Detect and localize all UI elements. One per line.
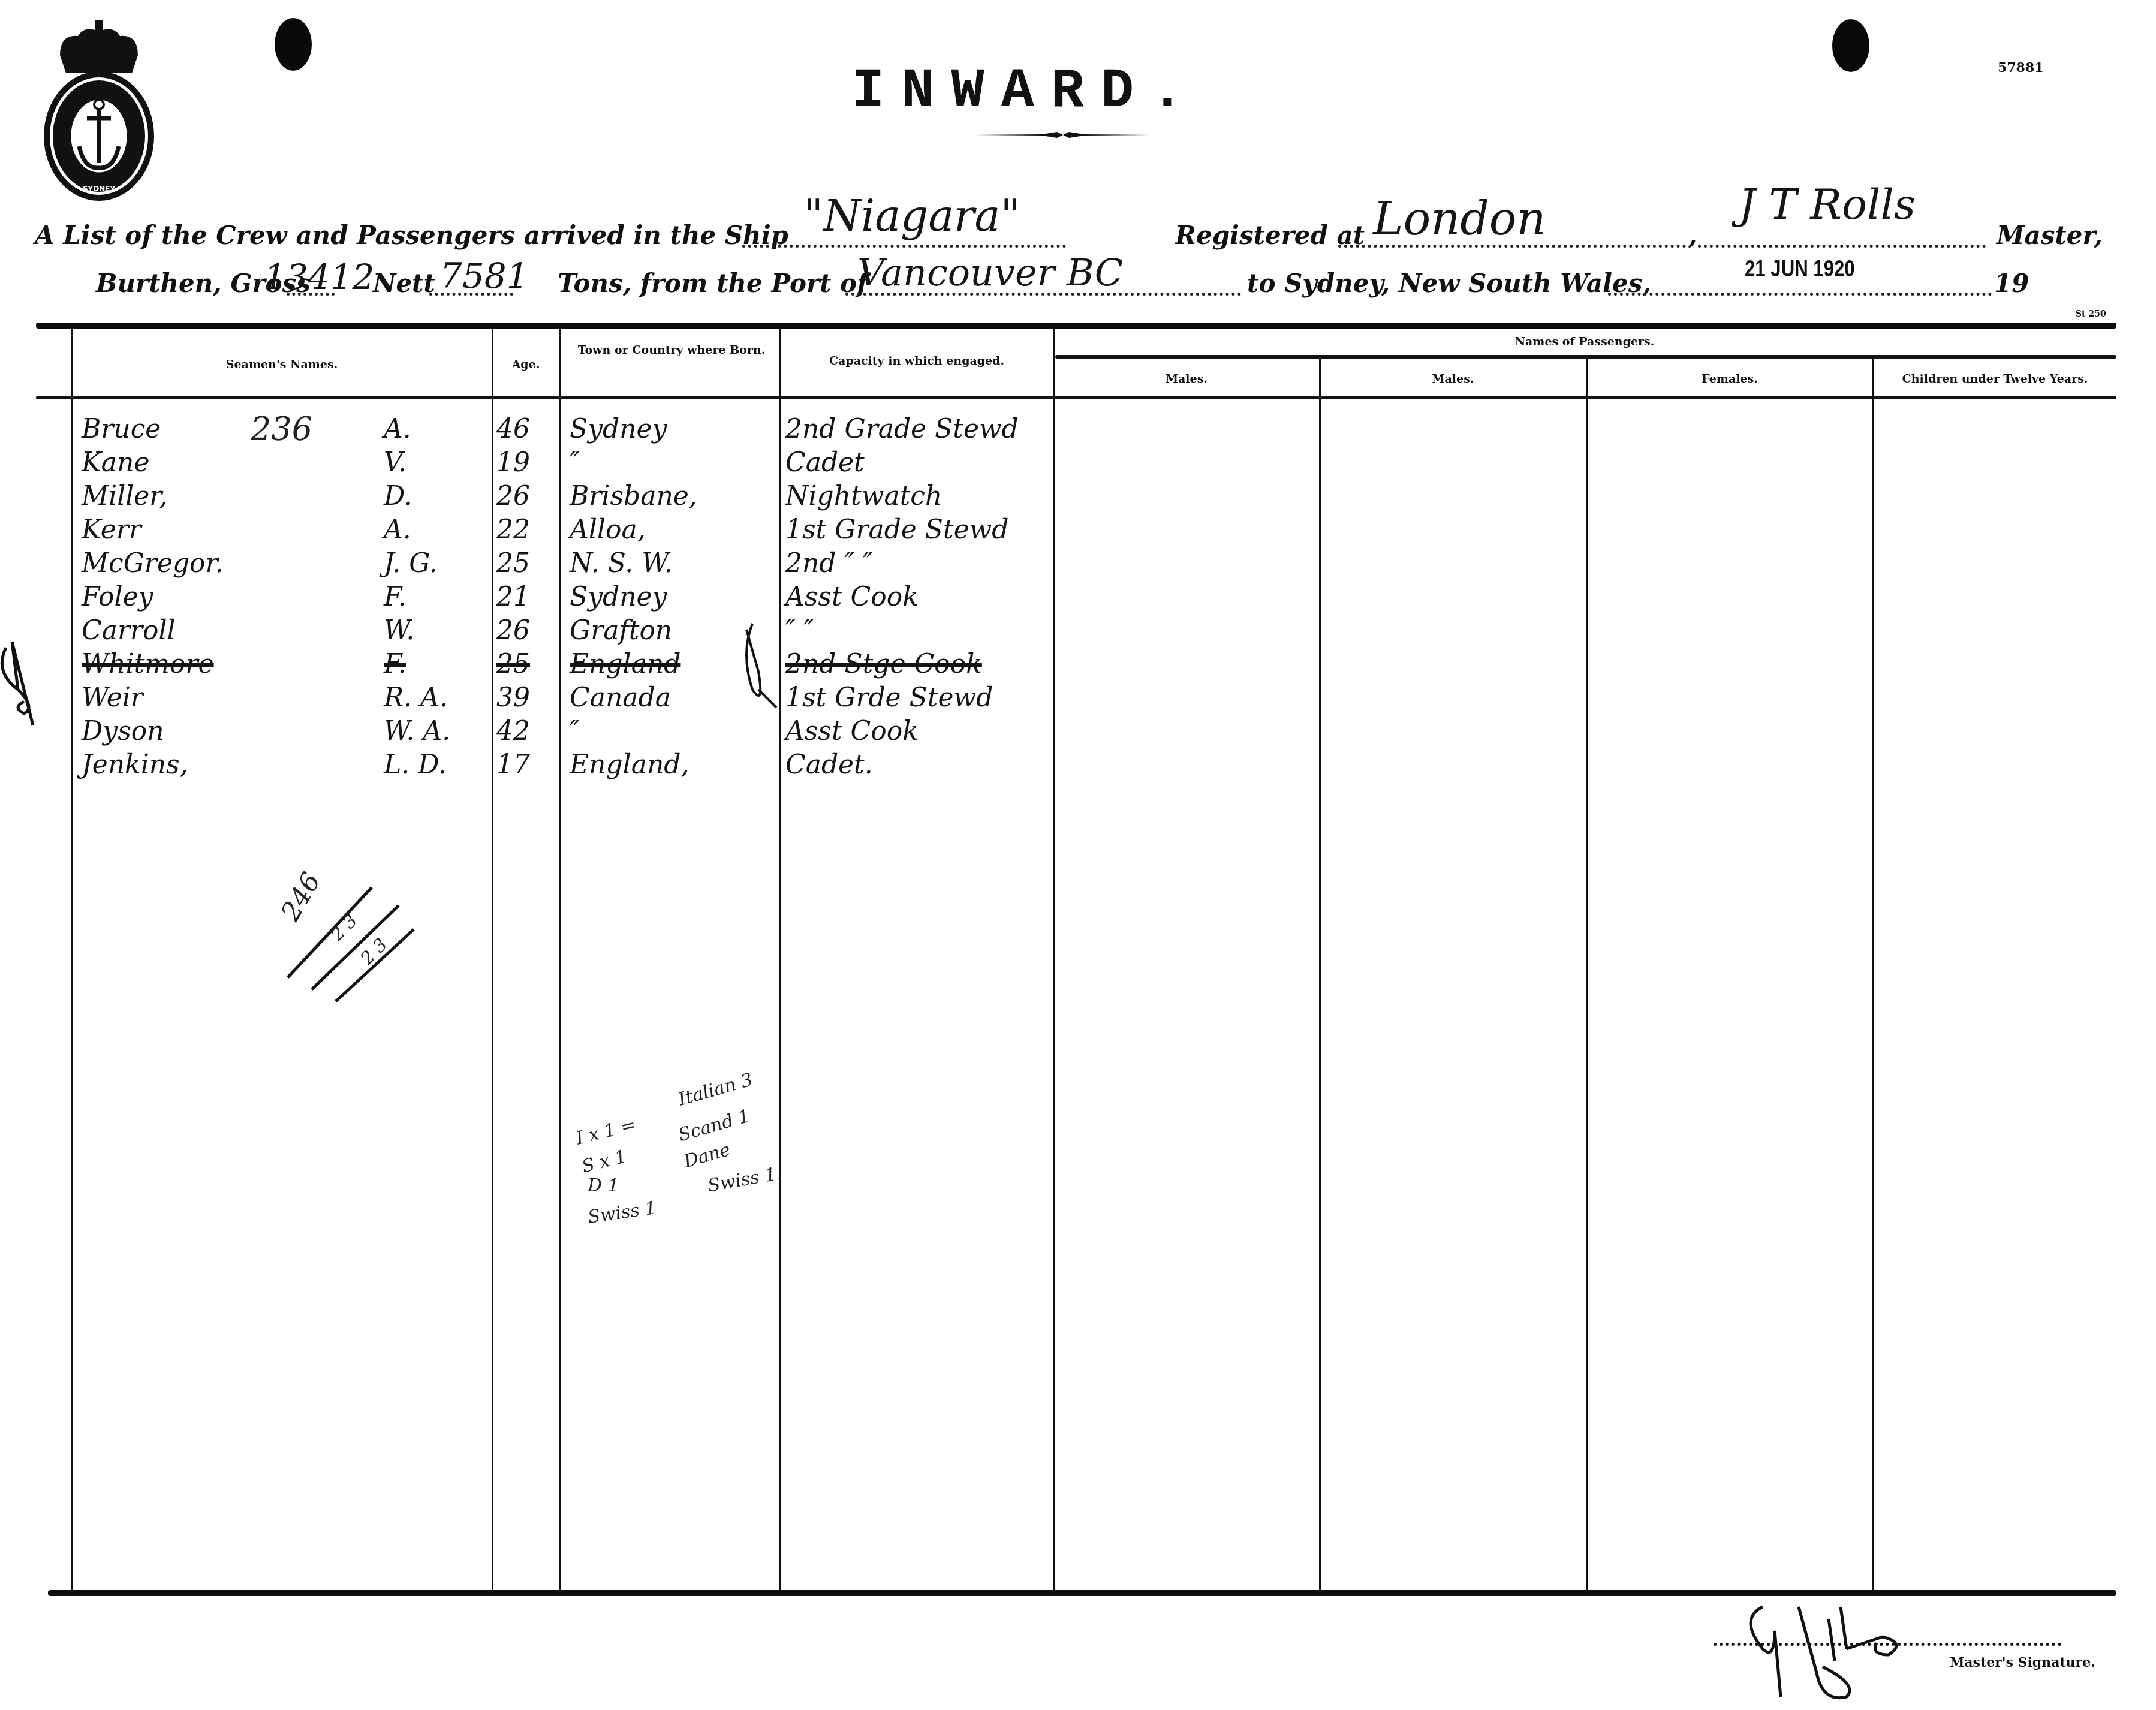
crew-surname: McGregor.: [82, 548, 224, 579]
col-header-children: Children under Twelve Years.: [1874, 372, 2116, 386]
crew-initials: F.: [384, 649, 406, 679]
crew-age: 26: [496, 615, 530, 646]
col-header-age: Age.: [493, 357, 559, 372]
nat-right-2: Scand 1: [676, 1106, 752, 1146]
col-line-males-males: [1319, 357, 1321, 1590]
crew-birthplace: Sydney: [570, 582, 667, 612]
nationality-annotation: I x 1 = S x 1 D 1 Swiss 1 Italian 3 Scan…: [564, 1055, 983, 1223]
crew-age: 42: [496, 716, 530, 746]
crew-initials: V.: [384, 447, 406, 478]
nat-left-4: Swiss 1: [586, 1197, 658, 1228]
from-port-field[interactable]: Vancouver BC: [857, 251, 1123, 294]
tally-annotation: 246 2 3 2 3: [264, 863, 444, 1007]
tally-strokes: [264, 863, 444, 1007]
gross-tons-field[interactable]: 13412: [264, 257, 375, 297]
registered-label: Registered at: [1175, 221, 1365, 250]
table-top-rule: [36, 323, 2116, 329]
ship-name-field-line: [742, 245, 1066, 248]
crew-capacity: 1st Grade Stewd: [785, 514, 1009, 545]
crew-initials: R. A.: [384, 682, 448, 713]
crew-capacity: Cadet.: [785, 749, 873, 780]
date-stamp: 21 JUN 1920: [1745, 257, 1855, 282]
crew-birthplace: Grafton: [570, 615, 672, 646]
crew-birthplace: ″: [570, 716, 579, 746]
crew-surname: Carroll: [82, 615, 176, 646]
crew-capacity: Asst Cook: [785, 582, 919, 612]
crew-surname: Foley: [82, 582, 153, 612]
crew-initials: J. G.: [384, 548, 438, 579]
crew-birthplace: Canada: [570, 682, 671, 713]
form-line1-prefix: A List of the Crew and Passengers arrive…: [35, 221, 788, 250]
to-sydney-label: to Sydney, New South Wales,: [1247, 269, 1651, 298]
crew-birthplace: Brisbane,: [570, 481, 697, 511]
col-header-males-2: Males.: [1320, 372, 1586, 386]
crew-initials: A.: [384, 414, 411, 444]
col-line-born-capacity: [779, 329, 781, 1590]
crew-initials: L. D.: [384, 749, 447, 780]
col-line-age-born: [559, 329, 561, 1590]
crew-capacity: 2nd Grade Stewd: [785, 414, 1019, 444]
crew-birthplace: England,: [570, 749, 689, 780]
crew-capacity: ″ ″: [785, 615, 814, 646]
crew-birthplace: ″: [570, 447, 579, 478]
crew-initials: W. A.: [384, 716, 450, 746]
crew-age: 25: [496, 649, 530, 679]
col-line-left: [71, 329, 73, 1590]
crew-birthplace: Sydney: [570, 414, 667, 444]
crew-surname: Kerr: [82, 514, 141, 545]
nett-tons-field[interactable]: 7581: [440, 255, 529, 296]
col-line-males-females: [1586, 357, 1588, 1590]
name-column-annotation: 236: [251, 410, 312, 448]
crew-age: 39: [496, 682, 530, 713]
nat-right-1: Italian 3: [676, 1069, 755, 1110]
crew-capacity: Asst Cook: [785, 716, 919, 746]
crew-surname: Miller,: [82, 481, 168, 511]
form-number: 57881: [1998, 60, 2044, 76]
ship-name-field[interactable]: "Niagara": [803, 191, 1020, 241]
nat-right-3: Dane: [682, 1139, 733, 1172]
signature-line: [1714, 1643, 2061, 1646]
crew-surname: Jenkins,: [82, 749, 188, 780]
crew-age: 46: [496, 414, 530, 444]
signature-label: Master's Signature.: [1950, 1655, 2095, 1670]
crew-capacity: Cadet: [785, 447, 865, 478]
col-line-name-age: [492, 329, 493, 1590]
col-header-born: Town or Country where Born.: [576, 343, 767, 357]
crew-surname: Dyson: [82, 716, 164, 746]
crew-capacity: Nightwatch: [785, 481, 942, 511]
crew-surname: Kane: [82, 447, 149, 478]
tons-from-port-label: Tons, from the Port of: [558, 269, 868, 298]
crew-age: 25: [496, 548, 530, 579]
title-flourish: [976, 131, 1150, 139]
master-label: Master,: [1997, 221, 2103, 250]
nett-label: Nett: [373, 269, 435, 298]
comma: ,: [1688, 221, 1697, 250]
col-line-females-children: [1872, 357, 1874, 1590]
crew-birthplace: England: [570, 649, 680, 679]
crew-initials: A.: [384, 514, 411, 545]
margin-initials-mark: [0, 624, 72, 731]
crew-capacity: 1st Grde Stewd: [785, 682, 993, 713]
crew-birthplace: N. S. W.: [570, 548, 673, 579]
crew-capacity: 2nd Stge Cook: [785, 649, 982, 679]
master-name-field-line: [1698, 245, 1986, 248]
col-header-females: Females.: [1587, 372, 1872, 386]
crew-initials: F.: [384, 582, 406, 612]
crew-surname: Weir: [82, 682, 143, 713]
anchor-crown-seal-icon: [36, 13, 162, 205]
nat-right-4: Swiss 1.: [706, 1163, 784, 1196]
master-name-field[interactable]: J T Rolls: [1739, 180, 1916, 229]
crew-age: 26: [496, 481, 530, 511]
col-header-passengers: Names of Passengers.: [1054, 335, 2115, 349]
page-title: INWARD.: [851, 60, 1200, 123]
crew-surname: Whitmore: [82, 649, 214, 679]
col-header-capacity: Capacity in which engaged.: [781, 354, 1053, 368]
year-prefix: 19: [1994, 269, 2029, 298]
punch-hole-right: [1832, 19, 1869, 72]
crew-age: 21: [496, 582, 530, 612]
nat-left-1: I x 1 =: [574, 1114, 638, 1149]
column-initials-mark: [734, 618, 782, 713]
crew-capacity: 2nd ″ ″: [785, 548, 872, 579]
form-code: St 250: [2076, 309, 2106, 319]
nat-left-3: D 1: [588, 1175, 619, 1196]
header-bottom-rule: [36, 396, 2116, 399]
col-line-capacity-passengers: [1053, 329, 1055, 1590]
crew-birthplace: Alloa,: [570, 514, 646, 545]
crew-initials: W.: [384, 615, 415, 646]
shipping-masters-seal: SYDNEY: [36, 13, 162, 205]
date-field-line: [1608, 293, 1992, 296]
crew-surname: Bruce: [82, 414, 161, 444]
crew-age: 17: [496, 749, 530, 780]
nat-left-2: S x 1: [580, 1146, 629, 1177]
crew-initials: D.: [384, 481, 412, 511]
registered-port-field[interactable]: London: [1373, 192, 1546, 245]
crew-age: 22: [496, 514, 530, 545]
col-header-males-1: Males.: [1054, 372, 1319, 386]
crew-age: 19: [496, 447, 530, 478]
col-header-seamens-names: Seamen's Names.: [72, 357, 492, 372]
seal-city: SYDNEY: [78, 185, 120, 193]
punch-hole-left: [275, 18, 312, 71]
